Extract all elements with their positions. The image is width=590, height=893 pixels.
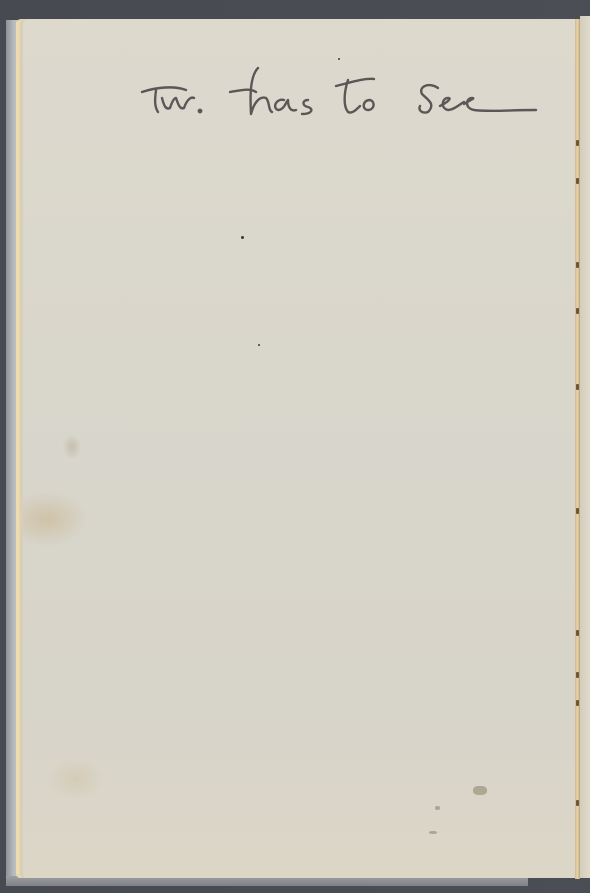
pencil-script-icon [138,52,548,132]
foxing-stain [429,831,437,834]
binding-stitch-mark [576,262,579,268]
binding-stitch-mark [576,308,579,314]
paper-speck [258,344,260,346]
binding-stitch-mark [576,800,579,806]
binding-stitch-mark [576,384,579,390]
binding-stitch-mark [576,700,579,706]
binding-stitch-mark [576,140,579,146]
binding-stitch-mark [576,630,579,636]
foxing-stain [435,806,440,810]
binding-stitch-mark [576,672,579,678]
foxing-stain [473,786,487,795]
paper-speck [241,236,244,239]
binding-stitch-mark [576,508,579,514]
binding-stitch-mark [576,178,579,184]
facing-page-edge [580,16,590,878]
page-edge [16,22,19,874]
handwritten-note: Mr. has to see [138,52,548,132]
manuscript-page [16,19,580,878]
